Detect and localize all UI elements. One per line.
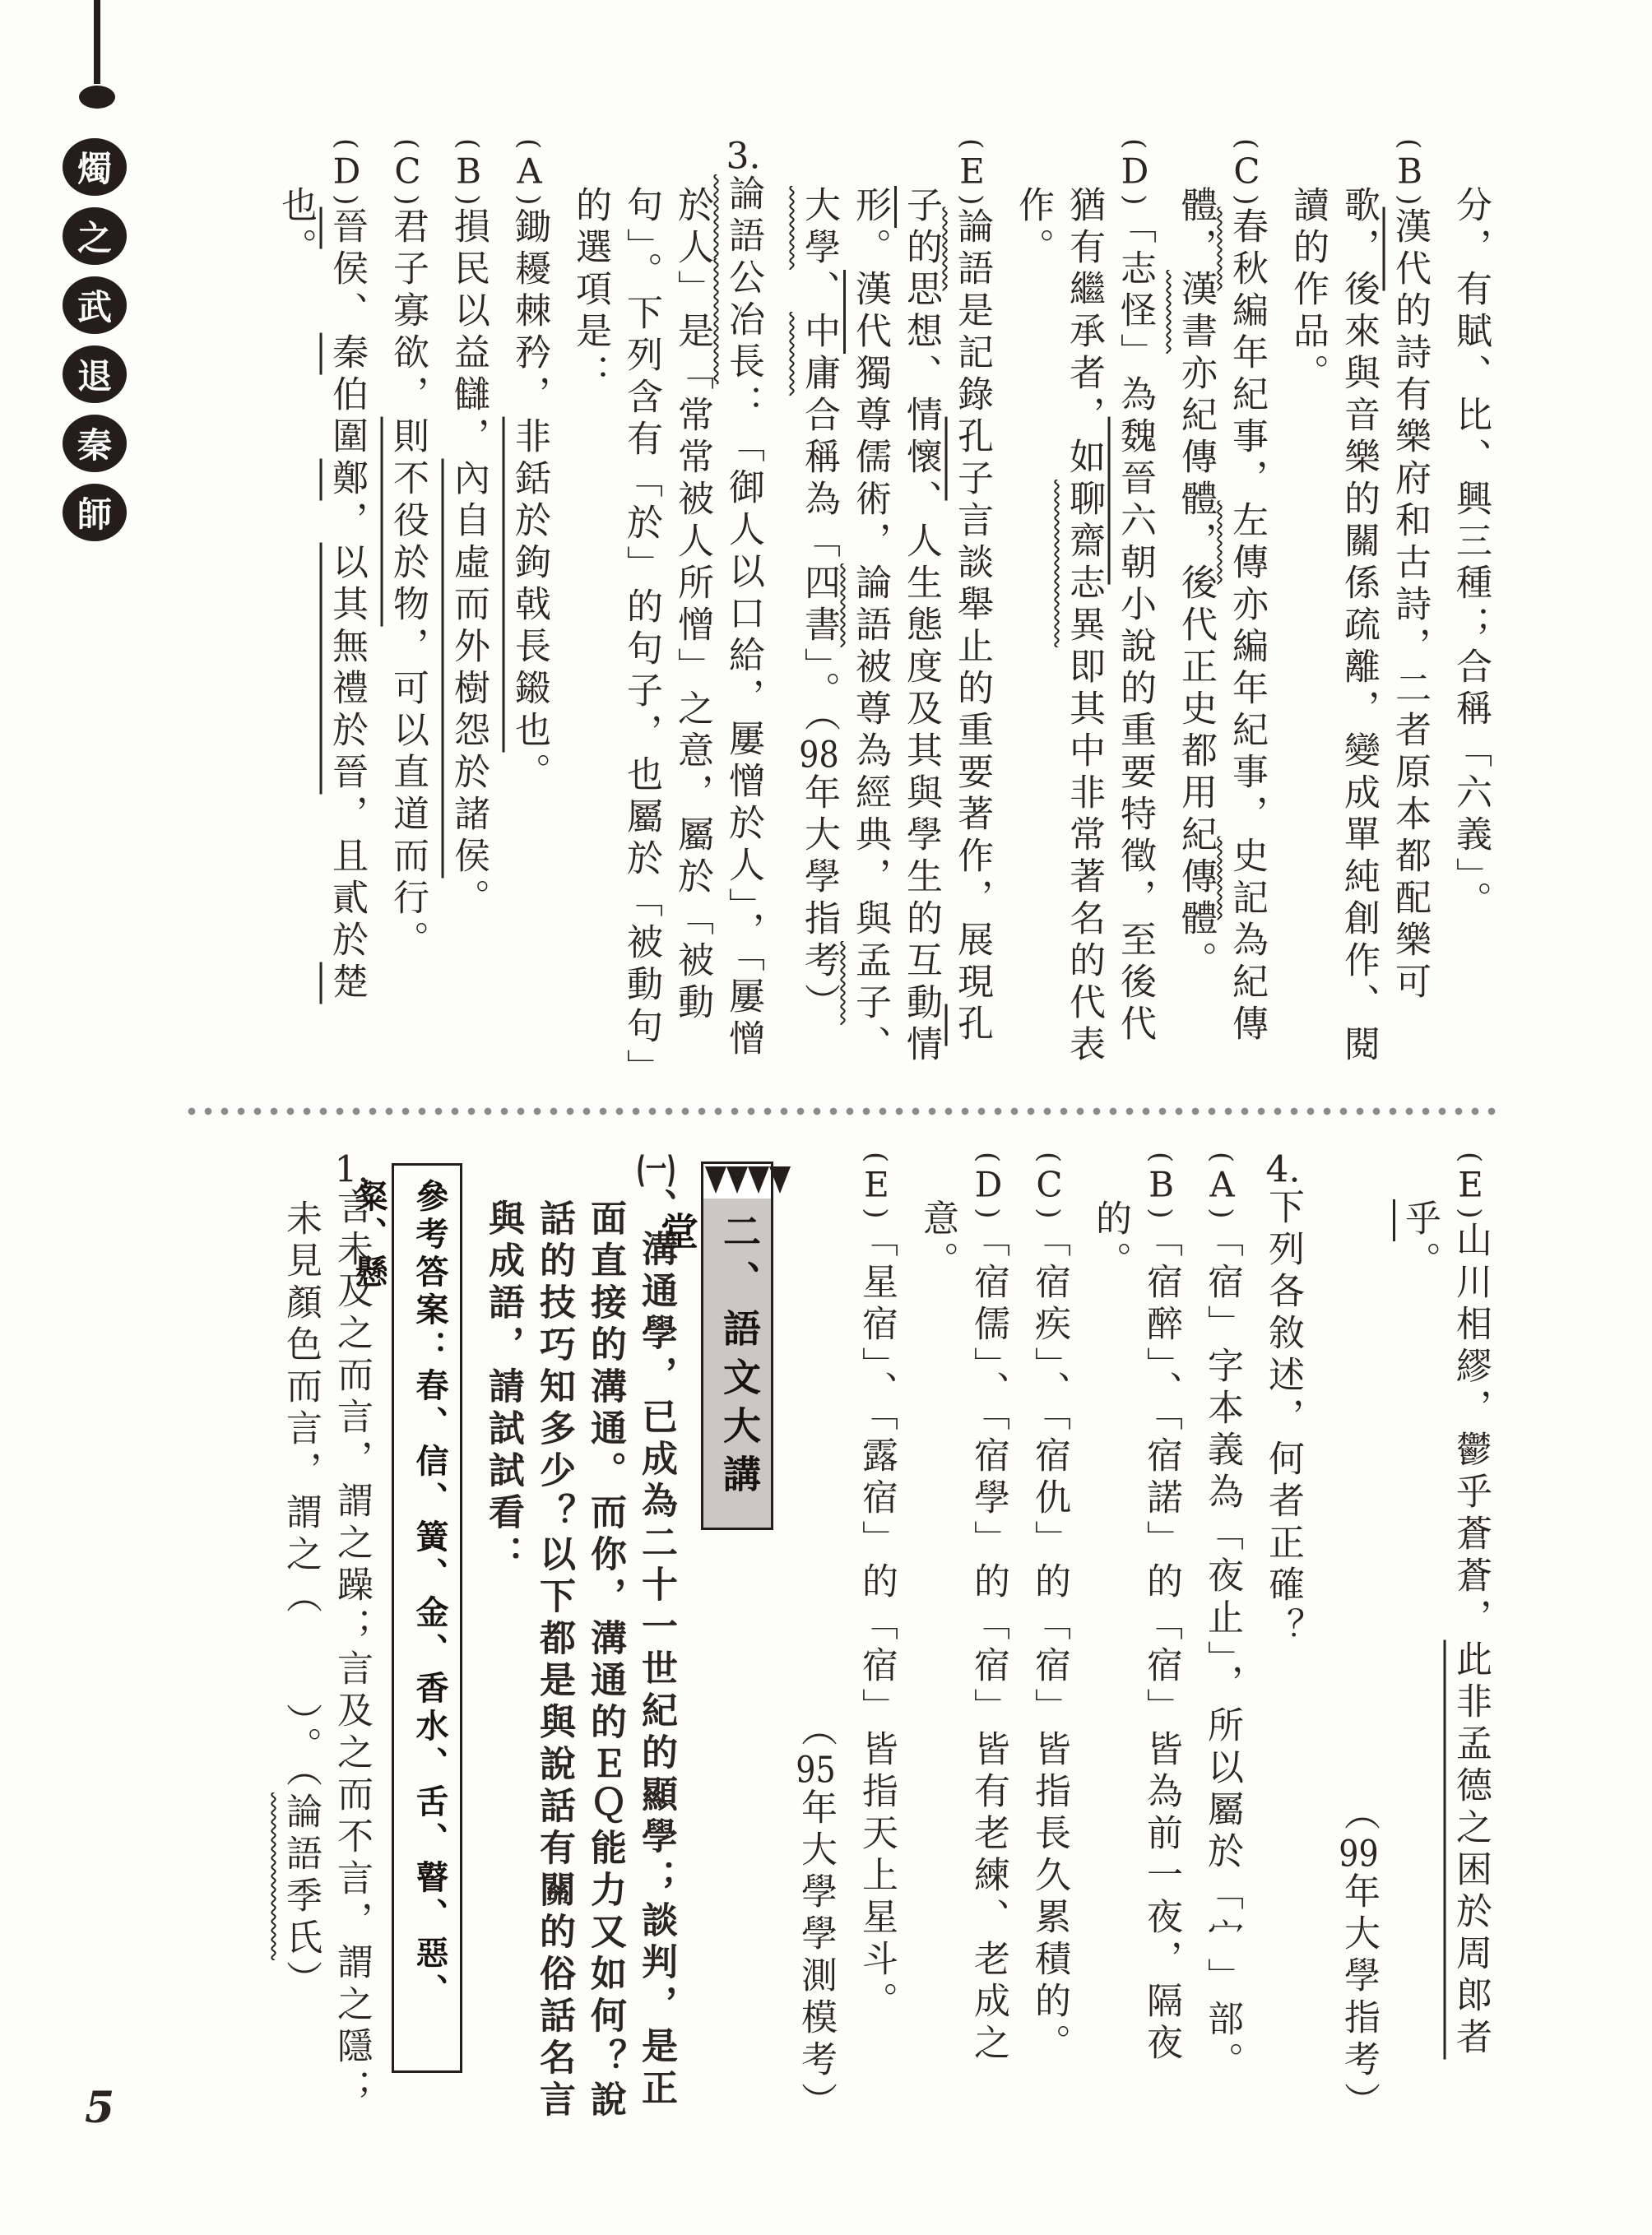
prev-option-d: (D)「志怪」為魏晉六朝小說的重要特徵，至後代猶有繼承者，如聊齋志異即其中非常著… <box>1007 138 1160 1086</box>
question-3-stem: 3.論語公冶長：「御人以口給，屢憎於人」，「屢憎於人」是「常常被人所憎」之意，屬… <box>564 138 768 1086</box>
banner-triangle-decoration <box>703 1164 771 1199</box>
question-4-option-c: (C)「宿疾」、「宿仇」的「宿」皆指長久累積的。 <box>1023 1152 1074 2124</box>
textbook-page: { "page": { "number": "5", "chapter_titl… <box>0 0 1652 2235</box>
question-4-stem: 4.下列各敘述，何者正確？ <box>1257 1152 1308 2124</box>
chapter-title-badge: 武 <box>63 276 127 334</box>
question-3-option-d: (D)晉侯、秦伯圍鄭，以其無禮於晉，且貳於楚也。 <box>270 138 372 1086</box>
section-banner-title: 二、語文大講堂 <box>646 1164 771 1528</box>
chapter-ribbon-line <box>94 0 100 84</box>
prev-option-a-continuation: 分，有賦、比、興三種；合稱「六義」。 <box>1445 138 1496 1086</box>
chapter-title-badges: 燭之武退秦師 <box>63 138 128 553</box>
chapter-title-badge: 秦 <box>63 415 127 472</box>
prev-option-e: (E)論語是記錄孔子言談舉止的重要著作，展現孔子的思想、情懷、人生態度及其與學生… <box>793 138 997 1086</box>
triangle-icon <box>726 1166 748 1194</box>
triangle-icon <box>769 1166 791 1194</box>
question-4-option-b: (B)「宿醉」、「宿諾」的「宿」皆為前一夜，隔夜的。 <box>1084 1152 1186 2124</box>
triangle-icon <box>705 1166 726 1194</box>
question-3-option-e: (E)山川相繆，鬱乎蒼蒼，此非孟德之困於周郎者乎。 <box>1394 1152 1496 2124</box>
prev-option-c: (C)春秋編年紀事，左傳亦編年紀事，史記為紀傳體，漢書亦紀傳體，後代正史都用紀傳… <box>1170 138 1272 1086</box>
dotted-separator <box>186 1106 1496 1117</box>
chapter-title-badge: 之 <box>63 207 127 265</box>
triangle-icon <box>748 1166 769 1194</box>
exercise-1-item-1: 1.言未及之而言，謂之躁；言及之而不言，謂之隱；未見顏色而言，謂之（ ）。（論語… <box>275 1152 377 2124</box>
chapter-ribbon-dot <box>79 86 115 109</box>
source-citation-95: （95年大學學測模考） <box>790 1152 841 2124</box>
question-4-option-e: (E)「星宿」、「露宿」的「宿」皆指天上星斗。 <box>851 1152 902 2124</box>
chapter-title-badge: 燭 <box>63 138 127 196</box>
section-banner: 二、語文大講堂 <box>701 1162 773 1530</box>
source-citation-99: （99年大學指考） <box>1333 1152 1384 2124</box>
question-3-option-c: (C)君子寡欲，則不役於物，可以直道而行。 <box>382 138 433 1086</box>
question-3-option-a: (A)鋤耰棘矜，非銛於鉤戟長鎩也。 <box>503 138 555 1086</box>
chapter-title-badge: 師 <box>63 484 127 541</box>
question-3-option-b: (B)損民以益讎，內自虛而外樹怨於諸侯。 <box>443 138 494 1086</box>
bottom-text-band: (E)山川相繆，鬱乎蒼蒼，此非孟德之困於周郎者乎。（99年大學指考）4.下列各敘… <box>265 1152 1496 2124</box>
chapter-title-badge: 退 <box>63 345 127 403</box>
page-number: 5 <box>85 2083 114 2133</box>
prev-option-b: (B)漢代的詩有樂府和古詩，二者原本都配樂可歌，後來與音樂的關係疏離，變成單純創… <box>1282 138 1435 1086</box>
question-4-option-d: (D)「宿儒」、「宿學」的「宿」皆有老練、老成之意。 <box>912 1152 1014 2124</box>
reference-answer-box: 參考答案：春、信、簧、金、香水、舌、瞽、惡、粲、懸 <box>392 1163 462 2073</box>
question-4-option-a: (A)「宿」字本義為「夜止」，所以屬於「宀」部。 <box>1196 1152 1247 2124</box>
top-text-band: 分，有賦、比、興三種；合稱「六義」。(B)漢代的詩有樂府和古詩，二者原本都配樂可… <box>260 138 1496 1086</box>
